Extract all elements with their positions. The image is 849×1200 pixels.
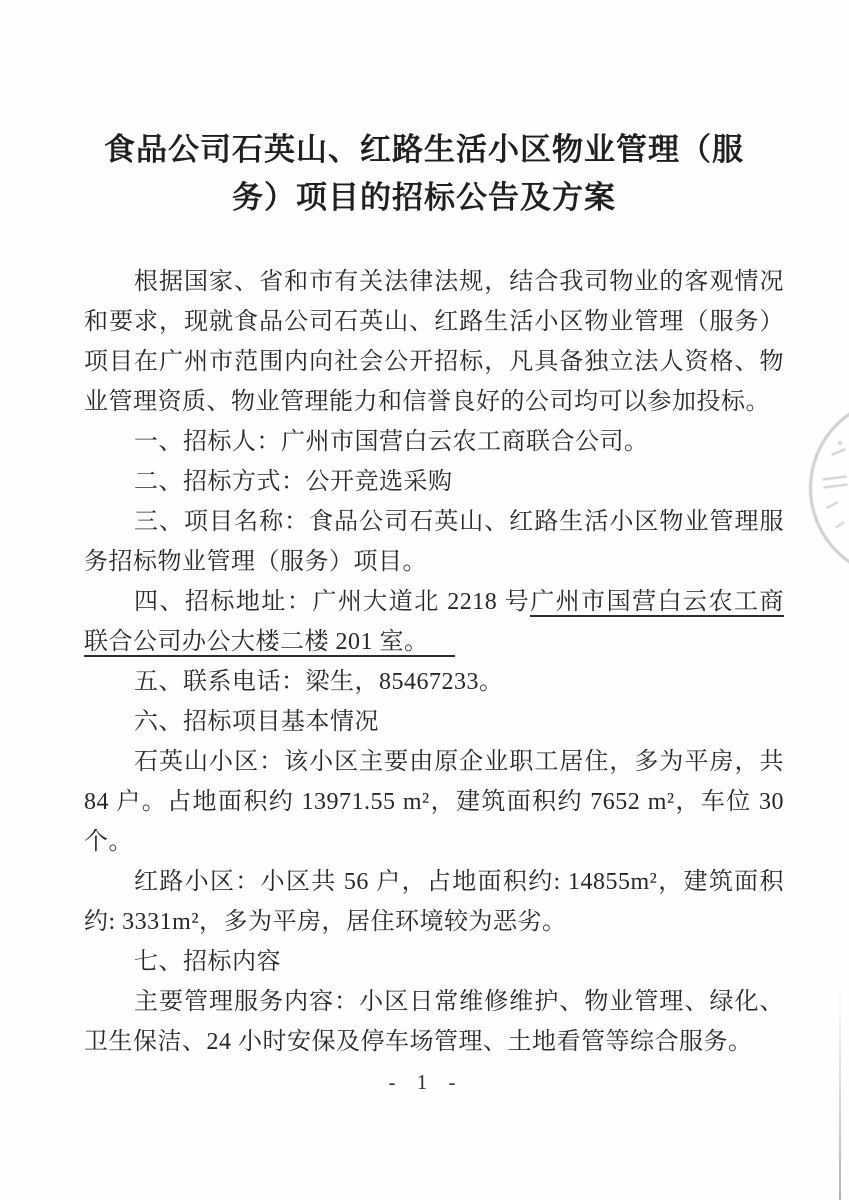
honglu-community-paragraph: 红路小区：小区共 56 户，占地面积约: 14855m²，建筑面积约: 3331… [84,862,784,942]
item-5-contact-phone: 五、联系电话：梁生，85467233。 [84,662,784,702]
page-number: - 1 - [0,1070,849,1095]
document-title: 食品公司石英山、红路生活小区物业管理（服务）项目的招标公告及方案 [102,126,746,222]
tender-address-prefix: 四、招标地址：广州大道北 2218 号 [134,589,530,615]
document-body: 食品公司石英山、红路生活小区物业管理（服务）项目的招标公告及方案 根据国家、省和… [84,126,784,1062]
main-services-paragraph: 主要管理服务内容：小区日常维修维护、物业管理、绿化、卫生保洁、24 小时安保及停… [84,982,784,1062]
stamp-circle-arc [809,397,849,579]
item-7-tender-content-heading: 七、招标内容 [84,942,784,982]
item-6-project-overview-heading: 六、招标项目基本情况 [84,702,784,742]
intro-paragraph: 根据国家、省和市有关法律法规，结合我司物业的客观情况和要求，现就食品公司石英山、… [84,262,784,422]
stamp-inner-mark [838,441,842,445]
shiyingshan-community-paragraph: 石英山小区：该小区主要由原企业职工居住，多为平房，共84 户。占地面积约 139… [84,742,784,862]
item-2-tender-method: 二、招标方式：公开竞选采购 [84,462,784,502]
item-4-tender-address: 四、招标地址：广州大道北 2218 号广州市国营白云农工商联合公司办公大楼二楼 … [84,582,784,662]
item-3-project-name: 三、项目名称：食品公司石英山、红路生活小区物业管理服务招标物业管理（服务）项目。 [84,502,784,582]
scan-artifact-line [839,988,841,1200]
item-1-tenderer: 一、招标人：广州市国营白云农工商联合公司。 [84,422,784,462]
scanned-document-page: 食品公司石英山、红路生活小区物业管理（服务）项目的招标公告及方案 根据国家、省和… [0,0,849,1200]
